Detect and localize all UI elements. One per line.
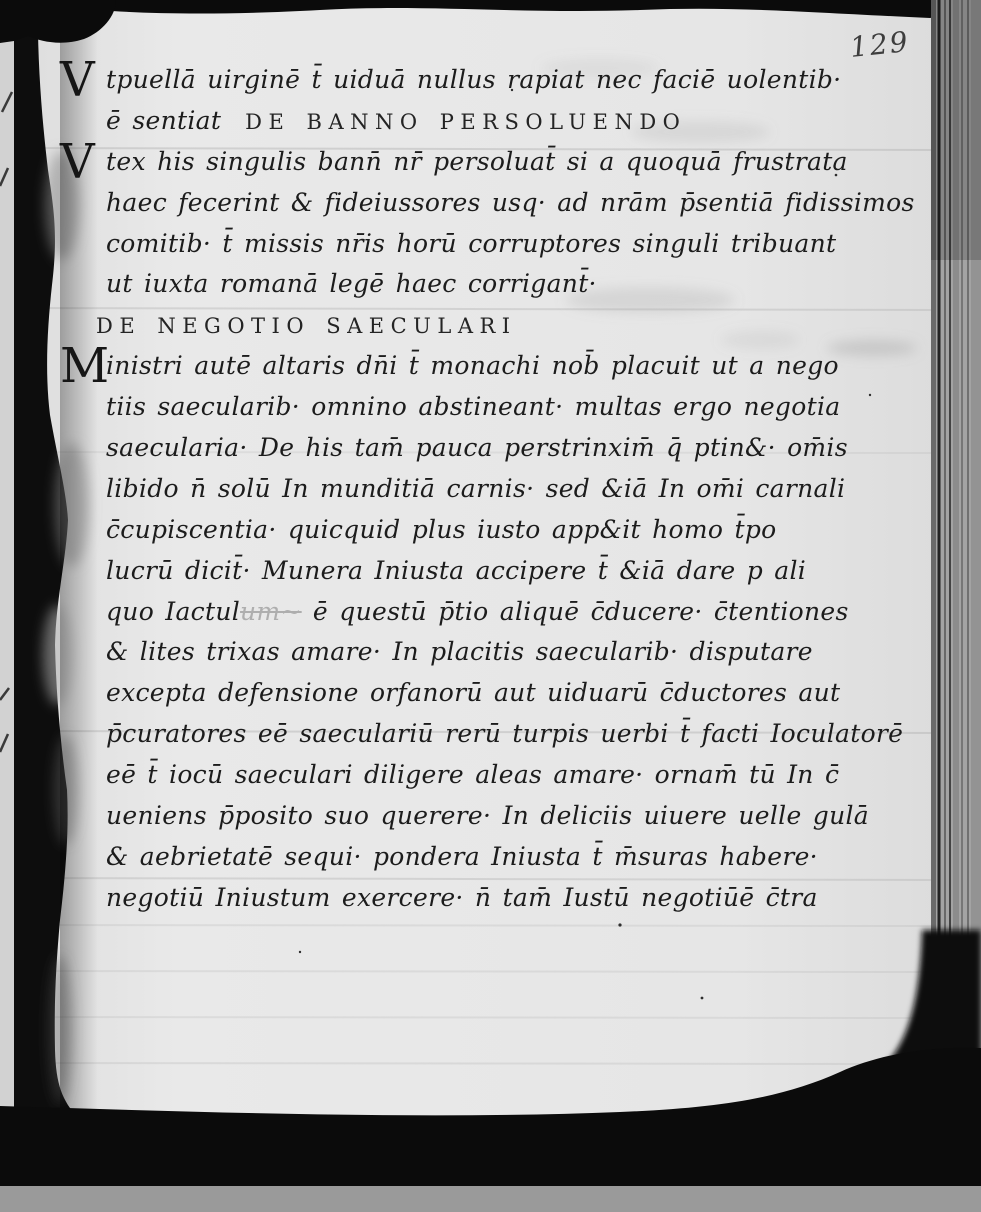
folio-number: 129 xyxy=(848,25,911,64)
manuscript-line: ueniens p̄posito suo querere· In delicii… xyxy=(106,796,946,837)
rubric-heading: DE BANNO PERSOLUENDO xyxy=(245,110,686,134)
versal-initial: V xyxy=(60,56,95,104)
manuscript-line: comitib· t̄ missis nr̄is horū corruptore… xyxy=(106,224,946,265)
erased-text: um~ xyxy=(240,597,302,626)
text-segment: tiis saecularib· omnino abstineant· mult… xyxy=(106,392,840,421)
text-block: Vtpuellā uirginē t̄ uiduā nullus rapiat … xyxy=(106,60,946,919)
manuscript-line: c̄cupiscentia· quicquid plus iusto app&i… xyxy=(106,510,946,551)
text-segment: c̄cupiscentia· quicquid plus iusto app&i… xyxy=(106,515,776,544)
text-segment: & lites trixas amare· In placitis saecul… xyxy=(106,637,813,666)
text-segment: libido n̄ solū In munditiā carnis· sed &… xyxy=(106,474,845,503)
manuscript-line: & lites trixas amare· In placitis saecul… xyxy=(106,632,946,673)
manuscript-line: & aebrietatē sequi· pondera Iniusta t̄ m… xyxy=(106,837,946,878)
manuscript-line: tiis saecularib· omnino abstineant· mult… xyxy=(106,387,946,428)
text-segment: negotiū Iniustum exercere· n̄ tam̄ Iustū… xyxy=(106,883,818,912)
manuscript-line: ē sentiatDE BANNO PERSOLUENDO xyxy=(106,101,946,142)
manuscript-line: excepta defensione orfanorū aut uiduarū … xyxy=(106,673,946,714)
text-segment: quo Iactul xyxy=(106,597,240,626)
text-segment: tex his singulis bann̄ nr̄ persoluat̄ si… xyxy=(106,147,848,176)
text-segment: ē sentiat xyxy=(106,106,221,135)
manuscript-line: saecularia· De his tam̄ pauca perstrinxi… xyxy=(106,428,946,469)
text-segment: inistri autē altaris dn̄i t̄ monachi nob… xyxy=(106,351,839,380)
rubric-heading: DE NEGOTIO SAECULARI xyxy=(96,314,517,338)
bottom-strip-gray xyxy=(0,1186,981,1212)
versal-initial: V xyxy=(60,138,95,186)
text-segment: ut iuxta romanā legē haec corrigant̄· xyxy=(106,269,597,298)
manuscript-line: negotiū Iniustum exercere· n̄ tam̄ Iustū… xyxy=(106,878,946,919)
text-segment: saecularia· De his tam̄ pauca perstrinxi… xyxy=(106,433,848,462)
manuscript-line: Ministri autē altaris dn̄i t̄ monachi no… xyxy=(106,346,946,387)
manuscript-line: haec fecerint & fideiussores usq· ad nrā… xyxy=(106,183,946,224)
text-segment: comitib· t̄ missis nr̄is horū corruptore… xyxy=(106,229,836,258)
text-segment: ueniens p̄posito suo querere· In delicii… xyxy=(106,801,869,830)
text-segment: p̄curatores eē saeculariū rerū turpis ue… xyxy=(106,719,903,748)
manuscript-photo: 129 Vtpuellā uirginē t̄ uiduā nullus rap… xyxy=(0,0,981,1212)
manuscript-line: ut iuxta romanā legē haec corrigant̄· xyxy=(106,264,946,305)
manuscript-line: p̄curatores eē saeculariū rerū turpis ue… xyxy=(106,714,946,755)
text-segment: & aebrietatē sequi· pondera Iniusta t̄ m… xyxy=(106,842,818,871)
manuscript-line: Vtex his singulis bann̄ nr̄ persoluat̄ s… xyxy=(106,142,946,183)
manuscript-line: libido n̄ solū In munditiā carnis· sed &… xyxy=(106,469,946,510)
text-segment: eē t̄ iocū saeculari diligere aleas amar… xyxy=(106,760,839,789)
text-segment: haec fecerint & fideiussores usq· ad nrā… xyxy=(106,188,915,217)
manuscript-line: lucrū dicit̄· Munera Iniusta accipere t̄… xyxy=(106,551,946,592)
text-segment: tpuellā uirginē t̄ uiduā nullus rapiat n… xyxy=(106,65,841,94)
manuscript-line: eē t̄ iocū saeculari diligere aleas amar… xyxy=(106,755,946,796)
text-segment: ē questū p̄tio aliquē c̄ducere· c̄tentio… xyxy=(302,597,849,626)
manuscript-line: DE NEGOTIO SAECULARI xyxy=(106,305,946,346)
text-segment: lucrū dicit̄· Munera Iniusta accipere t̄… xyxy=(106,556,806,585)
versal-initial: M xyxy=(60,342,109,390)
manuscript-line: quo Iactulum~ ē questū p̄tio aliquē c̄du… xyxy=(106,592,946,633)
manuscript-line: Vtpuellā uirginē t̄ uiduā nullus rapiat … xyxy=(106,60,946,101)
text-segment: excepta defensione orfanorū aut uiduarū … xyxy=(106,678,840,707)
